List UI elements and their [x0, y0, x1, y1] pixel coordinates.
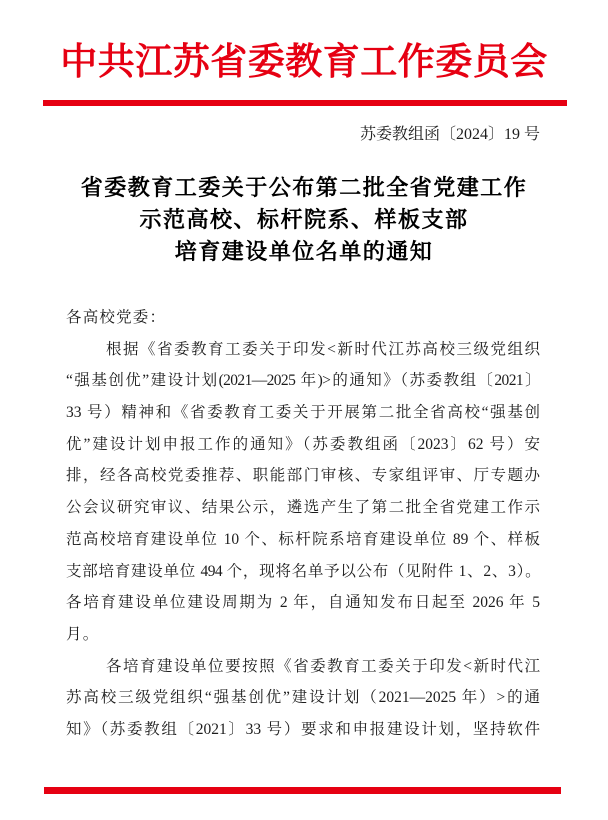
salutation: 各高校党委：: [66, 302, 540, 334]
body-line: 排，经各高校党委推荐、职能部门审核、专家组评审、厅专题办: [66, 460, 540, 492]
body-line: 各培育建设单位建设周期为 2 年，自通知发布日起至 2026 年 5: [66, 587, 540, 619]
body-line: 支部培育建设单位 494 个，现将名单予以公布（见附件 1、2、3）。: [66, 556, 540, 588]
body-line: 优”建设计划申报工作的通知》（苏委教组函〔2023〕62 号）安: [66, 429, 540, 461]
document-title-line-3: 培育建设单位名单的通知: [40, 236, 568, 268]
body-line: 苏高校三级党组织“强基创优”建设计划（2021—2025 年）>的通: [66, 682, 540, 714]
body-line: 根据《省委教育工委关于印发<新时代江苏高校三级党组织: [66, 334, 540, 366]
body-line: 各培育建设单位要按照《省委教育工委关于印发<新时代江: [66, 651, 540, 683]
body-line: 范高校培育建设单位 10 个、标杆院系培育建设单位 89 个、样板: [66, 524, 540, 556]
document-page: 中共江苏省委教育工作委员会 苏委教组函〔2024〕19 号 省委教育工委关于公布…: [0, 0, 608, 820]
issuing-org-title: 中共江苏省委教育工作委员会: [0, 0, 608, 88]
letterhead: 中共江苏省委教育工作委员会 苏委教组函〔2024〕19 号: [0, 0, 608, 146]
body-line: 月。: [66, 619, 540, 651]
body-line: 公会议研究审议、结果公示，遴选产生了第二批全省党建工作示: [66, 492, 540, 524]
body-line: 33 号）精神和《省委教育工委关于开展第二批全省高校“强基创: [66, 397, 540, 429]
body-line: 知》（苏委教组〔2021〕33 号）要求和申报建设计划，坚持软件: [66, 714, 540, 746]
document-title: 省委教育工委关于公布第二批全省党建工作 示范高校、标杆院系、样板支部 培育建设单…: [40, 172, 568, 268]
footer-double-rule: [44, 787, 561, 794]
document-number: 苏委教组函〔2024〕19 号: [0, 123, 608, 146]
body-line: “强基创优”建设计划(2021—2025 年)>的通知》（苏委教组〔2021〕: [66, 365, 540, 397]
letterhead-double-rule: [43, 100, 567, 106]
document-title-line-1: 省委教育工委关于公布第二批全省党建工作: [40, 172, 568, 204]
document-title-line-2: 示范高校、标杆院系、样板支部: [40, 204, 568, 236]
document-body: 各高校党委： 根据《省委教育工委关于印发<新时代江苏高校三级党组织 “强基创优”…: [0, 302, 608, 746]
